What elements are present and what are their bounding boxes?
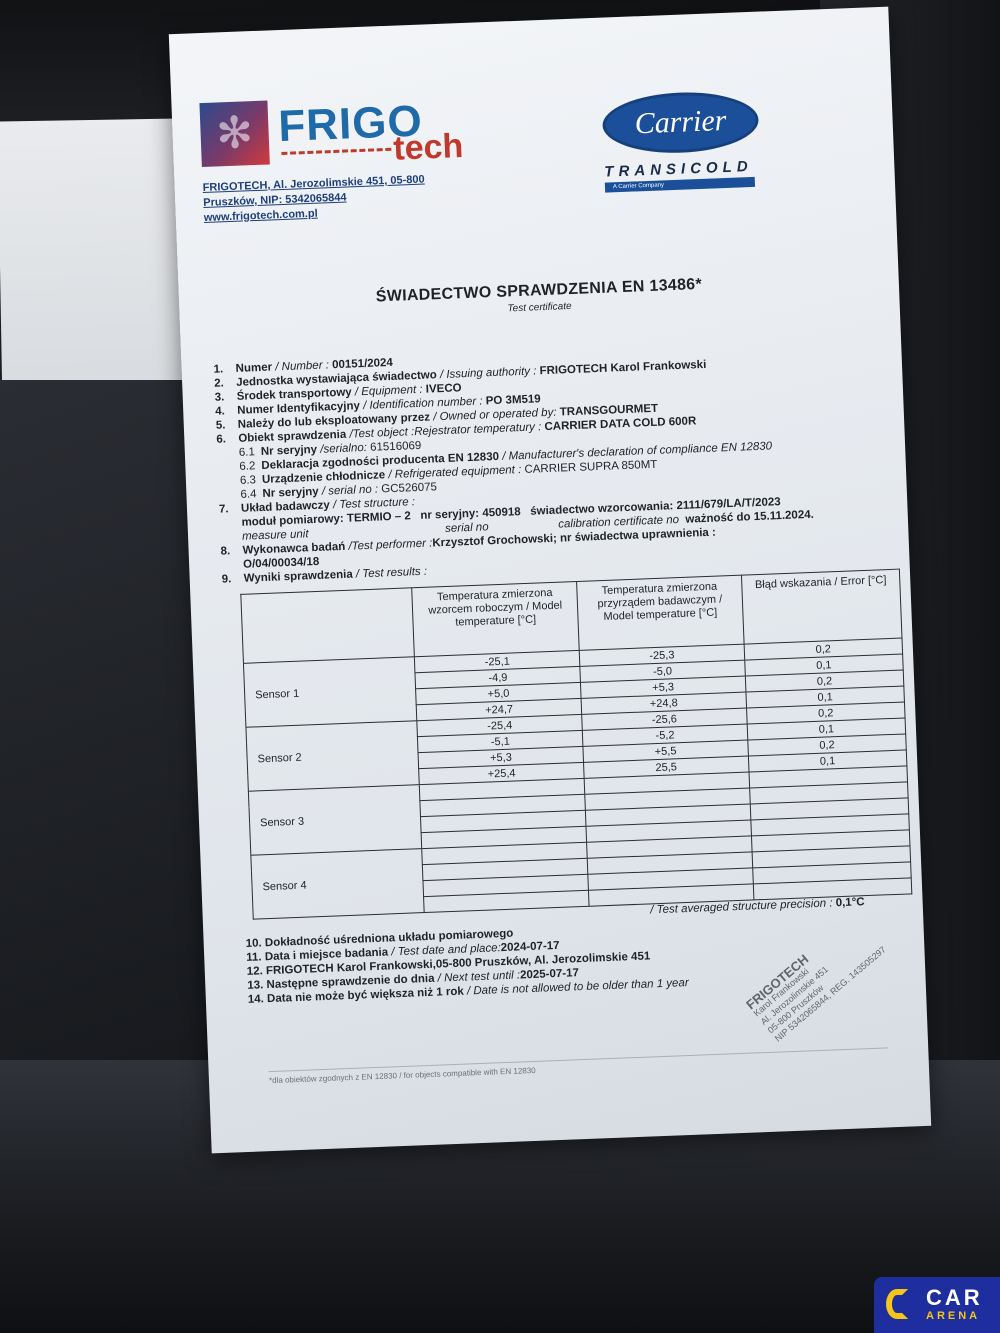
sensor-label: Sensor 3 <box>248 785 422 856</box>
item-value: 2024-07-17 <box>501 940 560 954</box>
tech-wordmark: tech <box>393 127 464 169</box>
test-results-table: Temperatura zmierzona wzorcem roboczym /… <box>240 569 912 920</box>
subitem-label-pl: Nr seryjny <box>262 486 319 500</box>
subitem-number: 6.3 <box>240 473 263 488</box>
sensor-label: Sensor 1 <box>243 657 417 728</box>
subitem-number: 6.2 <box>239 459 262 474</box>
frigotech-address: FRIGOTECH, Al. Jerozolimskie 451, 05-800… <box>202 170 504 226</box>
footnote: *dla obiektów zgodnych z EN 12830 / for … <box>269 1047 889 1085</box>
carrier-transicold-logo: Carrier TRANSICOLD A Carrier Company <box>601 90 765 193</box>
snowflake-icon: ✻ <box>199 100 269 167</box>
item-number: 10. <box>246 937 266 950</box>
subitem-number: 6.4 <box>240 487 263 502</box>
item-number: 4. <box>215 404 238 419</box>
subitem-label-en: /serialno: <box>320 442 367 456</box>
car-arena-watermark: CAR ARENA <box>874 1277 1000 1333</box>
table-header-reference-temp: Temperatura zmierzona wzorcem roboczym /… <box>412 581 579 656</box>
item-number: 14. <box>248 993 268 1006</box>
subitem-value: GC526075 <box>381 481 437 495</box>
test-certificate-document: ✻ FRIGO tech FRIGOTECH, Al. Jerozolimski… <box>169 7 931 1154</box>
subitem-number: 6.1 <box>239 445 262 460</box>
subitem-label-en: / serial no : <box>322 484 379 498</box>
item-label-pl: Numer <box>235 362 272 375</box>
item-value: PO 3M519 <box>486 393 541 407</box>
subitem-value: 61516069 <box>370 440 422 454</box>
table-header-blank <box>241 588 415 664</box>
item-number: 13. <box>247 979 267 992</box>
item-number: 5. <box>216 418 239 433</box>
item-number: 2. <box>214 376 237 391</box>
item-number: 12. <box>247 965 267 978</box>
table-header-measured-temp: Temperatura zmierzona przyrządem badawcz… <box>577 575 744 650</box>
item-value: 2025-07-17 <box>520 967 579 981</box>
certificate-items: 1.Numer / Number : 00151/20242.Jednostka… <box>213 337 881 586</box>
table-header-error: Błąd wskazania / Error [°C] <box>741 569 902 644</box>
frigotech-logo: ✻ FRIGO tech FRIGOTECH, Al. Jerozolimski… <box>199 92 479 103</box>
car-arena-logo-icon <box>886 1289 910 1319</box>
background-paper-napkin <box>0 118 183 411</box>
item-label-en: / Number : <box>275 359 329 373</box>
item-number: 1. <box>213 362 236 377</box>
watermark-word-car: CAR <box>926 1285 983 1311</box>
carrier-oval: Carrier <box>601 90 759 156</box>
item-value: IVECO <box>426 382 462 395</box>
watermark-word-arena: ARENA <box>926 1310 980 1322</box>
item-value: 00151/2024 <box>332 357 393 371</box>
item-number: 3. <box>214 390 237 405</box>
item-label-en: / Issuing authority : <box>440 365 537 381</box>
subitem-label-pl: Nr seryjny <box>261 444 318 458</box>
sensor-label: Sensor 4 <box>251 849 425 920</box>
item-number: 6. <box>216 432 239 447</box>
item-number: 11. <box>246 951 265 964</box>
sensor-label: Sensor 2 <box>246 721 420 792</box>
